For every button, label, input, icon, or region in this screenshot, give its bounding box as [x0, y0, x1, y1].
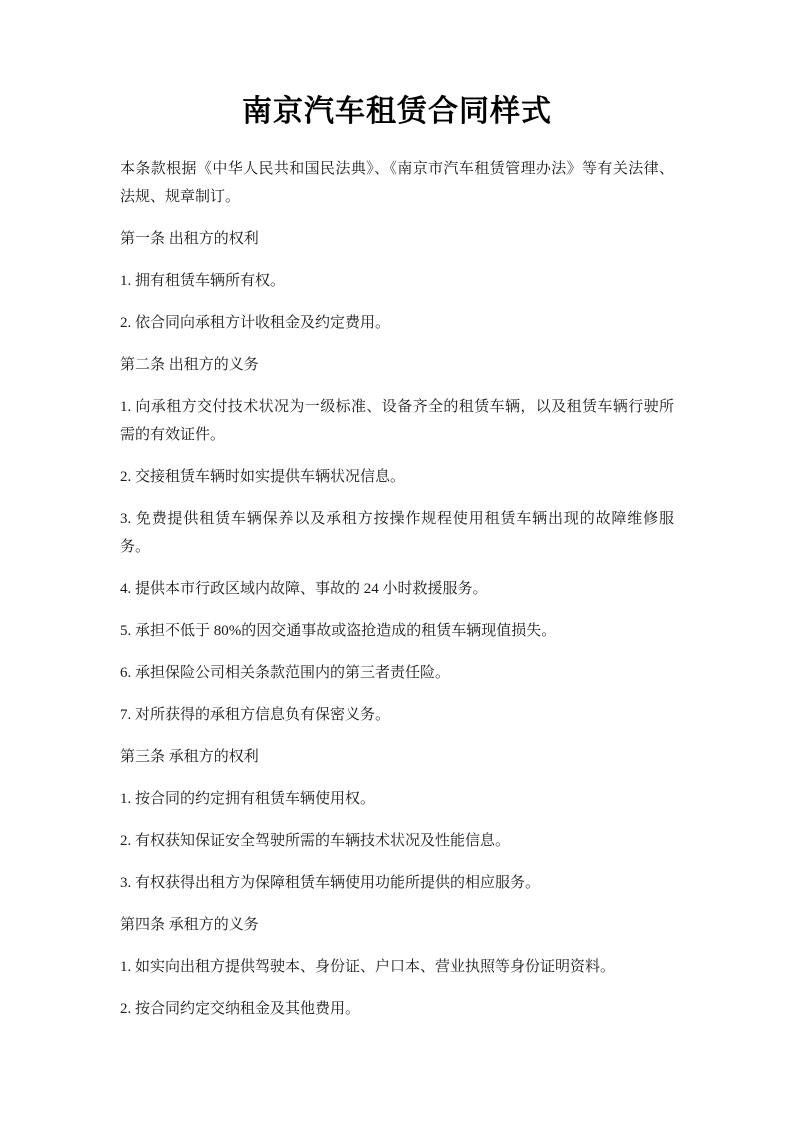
document-page: 南京汽车租赁合同样式 本条款根据《中华人民共和国民法典》、《南京市汽车租赁管理办…	[0, 0, 793, 1122]
section-heading-2: 第二条 出租方的义务	[120, 351, 674, 379]
clause-item: 1. 按合同的约定拥有租赁车辆使用权。	[120, 785, 674, 813]
clause-item: 3. 免费提供租赁车辆保养以及承租方按操作规程使用租赁车辆出现的故障维修服务。	[120, 505, 674, 561]
contract-title: 南京汽车租赁合同样式	[120, 90, 674, 134]
section-heading-3: 第三条 承租方的权利	[120, 743, 674, 771]
clause-item: 7. 对所获得的承租方信息负有保密义务。	[120, 701, 674, 729]
clause-item: 2. 交接租赁车辆时如实提供车辆状况信息。	[120, 463, 674, 491]
section-heading-4: 第四条 承租方的义务	[120, 911, 674, 939]
clause-item: 6. 承担保险公司相关条款范围内的第三者责任险。	[120, 659, 674, 687]
clause-item: 3. 有权获得出租方为保障租赁车辆使用功能所提供的相应服务。	[120, 869, 674, 897]
clause-item: 1. 如实向出租方提供驾驶本、身份证、户口本、营业执照等身份证明资料。	[120, 953, 674, 981]
clause-item: 2. 有权获知保证安全驾驶所需的车辆技术状况及性能信息。	[120, 827, 674, 855]
clause-item: 1. 拥有租赁车辆所有权。	[120, 267, 674, 295]
section-heading-1: 第一条 出租方的权利	[120, 225, 674, 253]
preamble-paragraph: 本条款根据《中华人民共和国民法典》、《南京市汽车租赁管理办法》等有关法律、法规、…	[120, 155, 674, 211]
clause-item: 1. 向承租方交付技术状况为一级标准、设备齐全的租赁车辆，以及租赁车辆行驶所需的…	[120, 393, 674, 449]
clause-item: 2. 依合同向承租方计收租金及约定费用。	[120, 309, 674, 337]
clause-item: 2. 按合同约定交纳租金及其他费用。	[120, 995, 674, 1023]
clause-item: 5. 承担不低于 80%的因交通事故或盗抢造成的租赁车辆现值损失。	[120, 617, 674, 645]
clause-item: 4. 提供本市行政区域内故障、事故的 24 小时救援服务。	[120, 575, 674, 603]
